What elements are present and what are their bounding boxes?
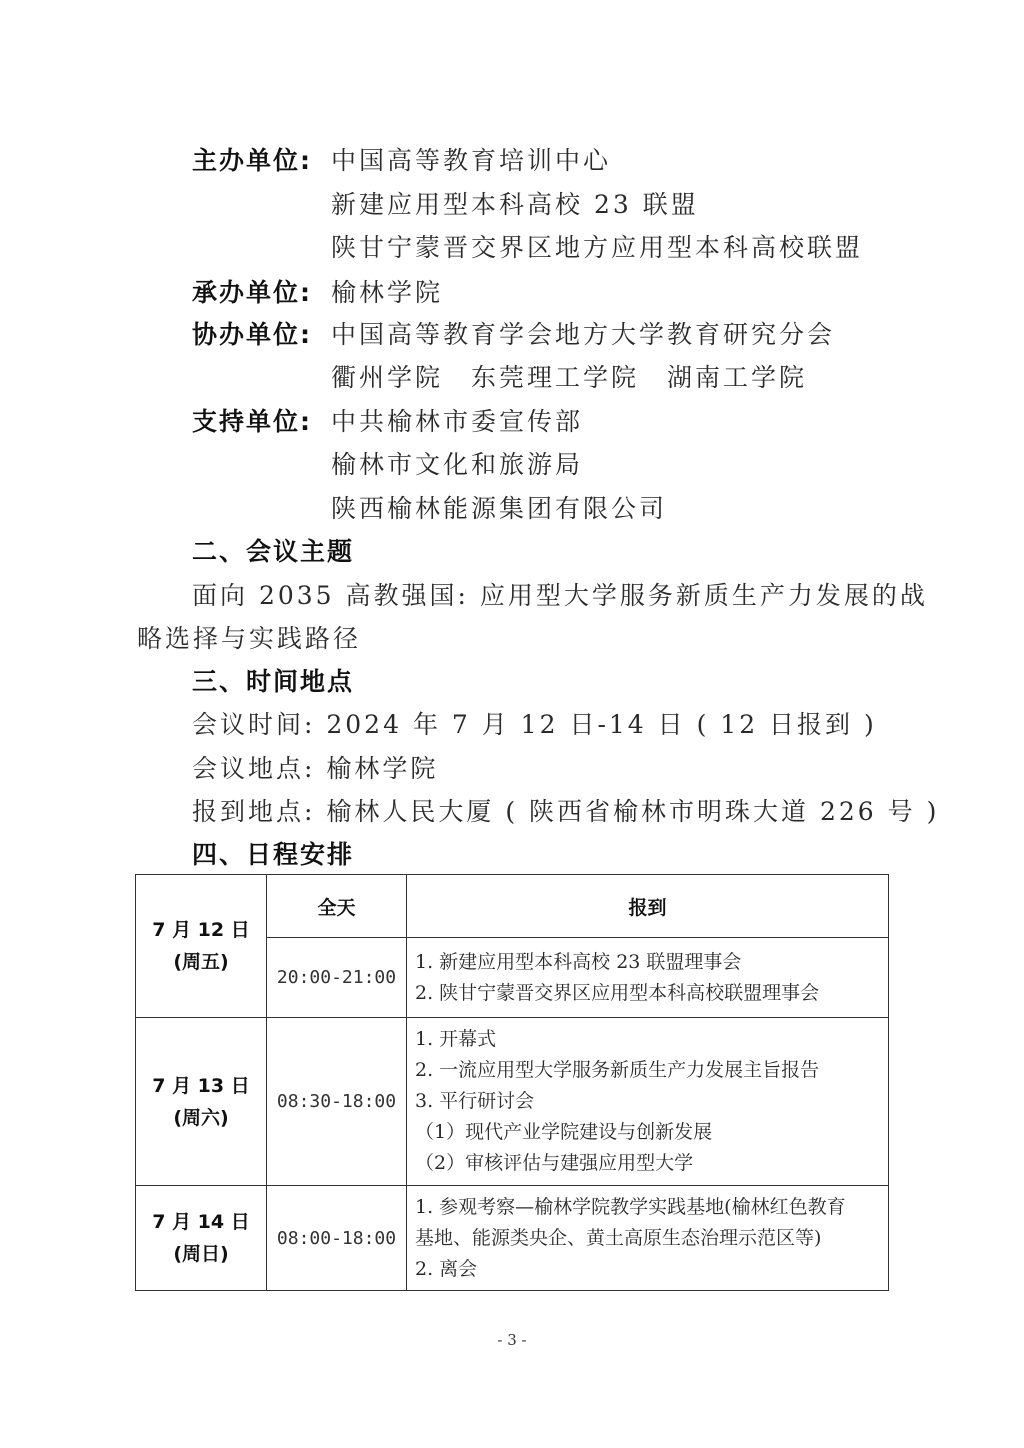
organizer-coorganizer-line: 衢州学院 东莞理工学院 湖南工学院: [331, 363, 807, 393]
section-heading-time-place: 三、时间地点: [192, 667, 354, 697]
table-row: 7 月 13 日 (周六) 08:30-18:00 1. 开幕式 2. 一流应用…: [136, 1018, 889, 1186]
activity-subitem: （2）审核评估与建强应用型大学: [415, 1148, 888, 1179]
activity-item: 基地、能源类央企、黄土高原生态治理示范区等): [415, 1223, 888, 1254]
organizer-label-coorganizer: 协办单位:: [192, 320, 312, 350]
date-text: 7 月 14 日: [136, 1206, 266, 1238]
time-cell: 08:00-18:00: [267, 1186, 407, 1291]
organizer-coorganizer-line: 中国高等教育学会地方大学教育研究分会: [331, 320, 835, 350]
theme-text-line-1: 面向 2035 高教强国: 应用型大学服务新质生产力发展的战: [192, 581, 928, 611]
meeting-time: 会议时间: 2024 年 7 月 12 日-14 日 ( 12 日报到 ): [192, 710, 877, 740]
activity-cell: 1. 新建应用型本科高校 23 联盟理事会 2. 陕甘宁蒙晋交界区应用型本科高校…: [407, 938, 889, 1018]
activity-cell: 报到: [407, 875, 889, 938]
meeting-venue: 会议地点: 榆林学院: [192, 754, 438, 784]
section-heading-schedule: 四、日程安排: [192, 840, 354, 870]
activity-item: 2. 陕甘宁蒙晋交界区应用型本科高校联盟理事会: [415, 978, 888, 1009]
date-cell: 7 月 13 日 (周六): [136, 1018, 267, 1186]
date-text: 7 月 12 日: [136, 914, 266, 946]
page-number: - 3 -: [0, 1331, 1024, 1349]
organizer-label-undertaker: 承办单位:: [192, 278, 312, 308]
organizer-label-host: 主办单位:: [192, 146, 312, 176]
activity-item: 2. 离会: [415, 1254, 888, 1285]
weekday-text: (周五): [136, 946, 266, 978]
organizer-host-line: 新建应用型本科高校 23 联盟: [331, 190, 699, 220]
organizer-host-line: 中国高等教育培训中心: [331, 146, 611, 176]
weekday-text: (周六): [136, 1102, 266, 1134]
activity-cell: 1. 开幕式 2. 一流应用型大学服务新质生产力发展主旨报告 3. 平行研讨会 …: [407, 1018, 889, 1186]
table-row: 7 月 12 日 (周五) 全天 报到: [136, 875, 889, 938]
activity-item: 1. 新建应用型本科高校 23 联盟理事会: [415, 947, 888, 978]
organizer-host-line: 陕甘宁蒙晋交界区地方应用型本科高校联盟: [331, 233, 863, 263]
date-cell: 7 月 14 日 (周日): [136, 1186, 267, 1291]
activity-item: 1. 开幕式: [415, 1024, 888, 1055]
date-text: 7 月 13 日: [136, 1070, 266, 1102]
organizer-label-supporter: 支持单位:: [192, 407, 312, 437]
theme-text-line-2: 略选择与实践路径: [137, 624, 361, 654]
time-cell: 20:00-21:00: [267, 938, 407, 1018]
activity-subitem: （1）现代产业学院建设与创新发展: [415, 1117, 888, 1148]
checkin-location: 报到地点: 榆林人民大厦 ( 陕西省榆林市明珠大道 226 号 ): [192, 797, 939, 827]
date-cell: 7 月 12 日 (周五): [136, 875, 267, 1018]
section-heading-theme: 二、会议主题: [192, 537, 354, 567]
organizer-undertaker-line: 榆林学院: [331, 278, 443, 308]
organizer-supporter-line: 陕西榆林能源集团有限公司: [331, 494, 667, 524]
time-cell: 08:30-18:00: [267, 1018, 407, 1186]
weekday-text: (周日): [136, 1238, 266, 1270]
activity-item: 2. 一流应用型大学服务新质生产力发展主旨报告: [415, 1055, 888, 1086]
schedule-table: 7 月 12 日 (周五) 全天 报到 20:00-21:00 1. 新建应用型…: [135, 874, 889, 1291]
organizer-supporter-line: 中共榆林市委宣传部: [331, 407, 583, 437]
activity-item: 3. 平行研讨会: [415, 1086, 888, 1117]
time-cell: 全天: [267, 875, 407, 938]
table-row: 7 月 14 日 (周日) 08:00-18:00 1. 参观考察—榆林学院教学…: [136, 1186, 889, 1291]
organizer-supporter-line: 榆林市文化和旅游局: [331, 450, 583, 480]
activity-cell: 1. 参观考察—榆林学院教学实践基地(榆林红色教育 基地、能源类央企、黄土高原生…: [407, 1186, 889, 1291]
activity-item: 1. 参观考察—榆林学院教学实践基地(榆林红色教育: [415, 1192, 888, 1223]
